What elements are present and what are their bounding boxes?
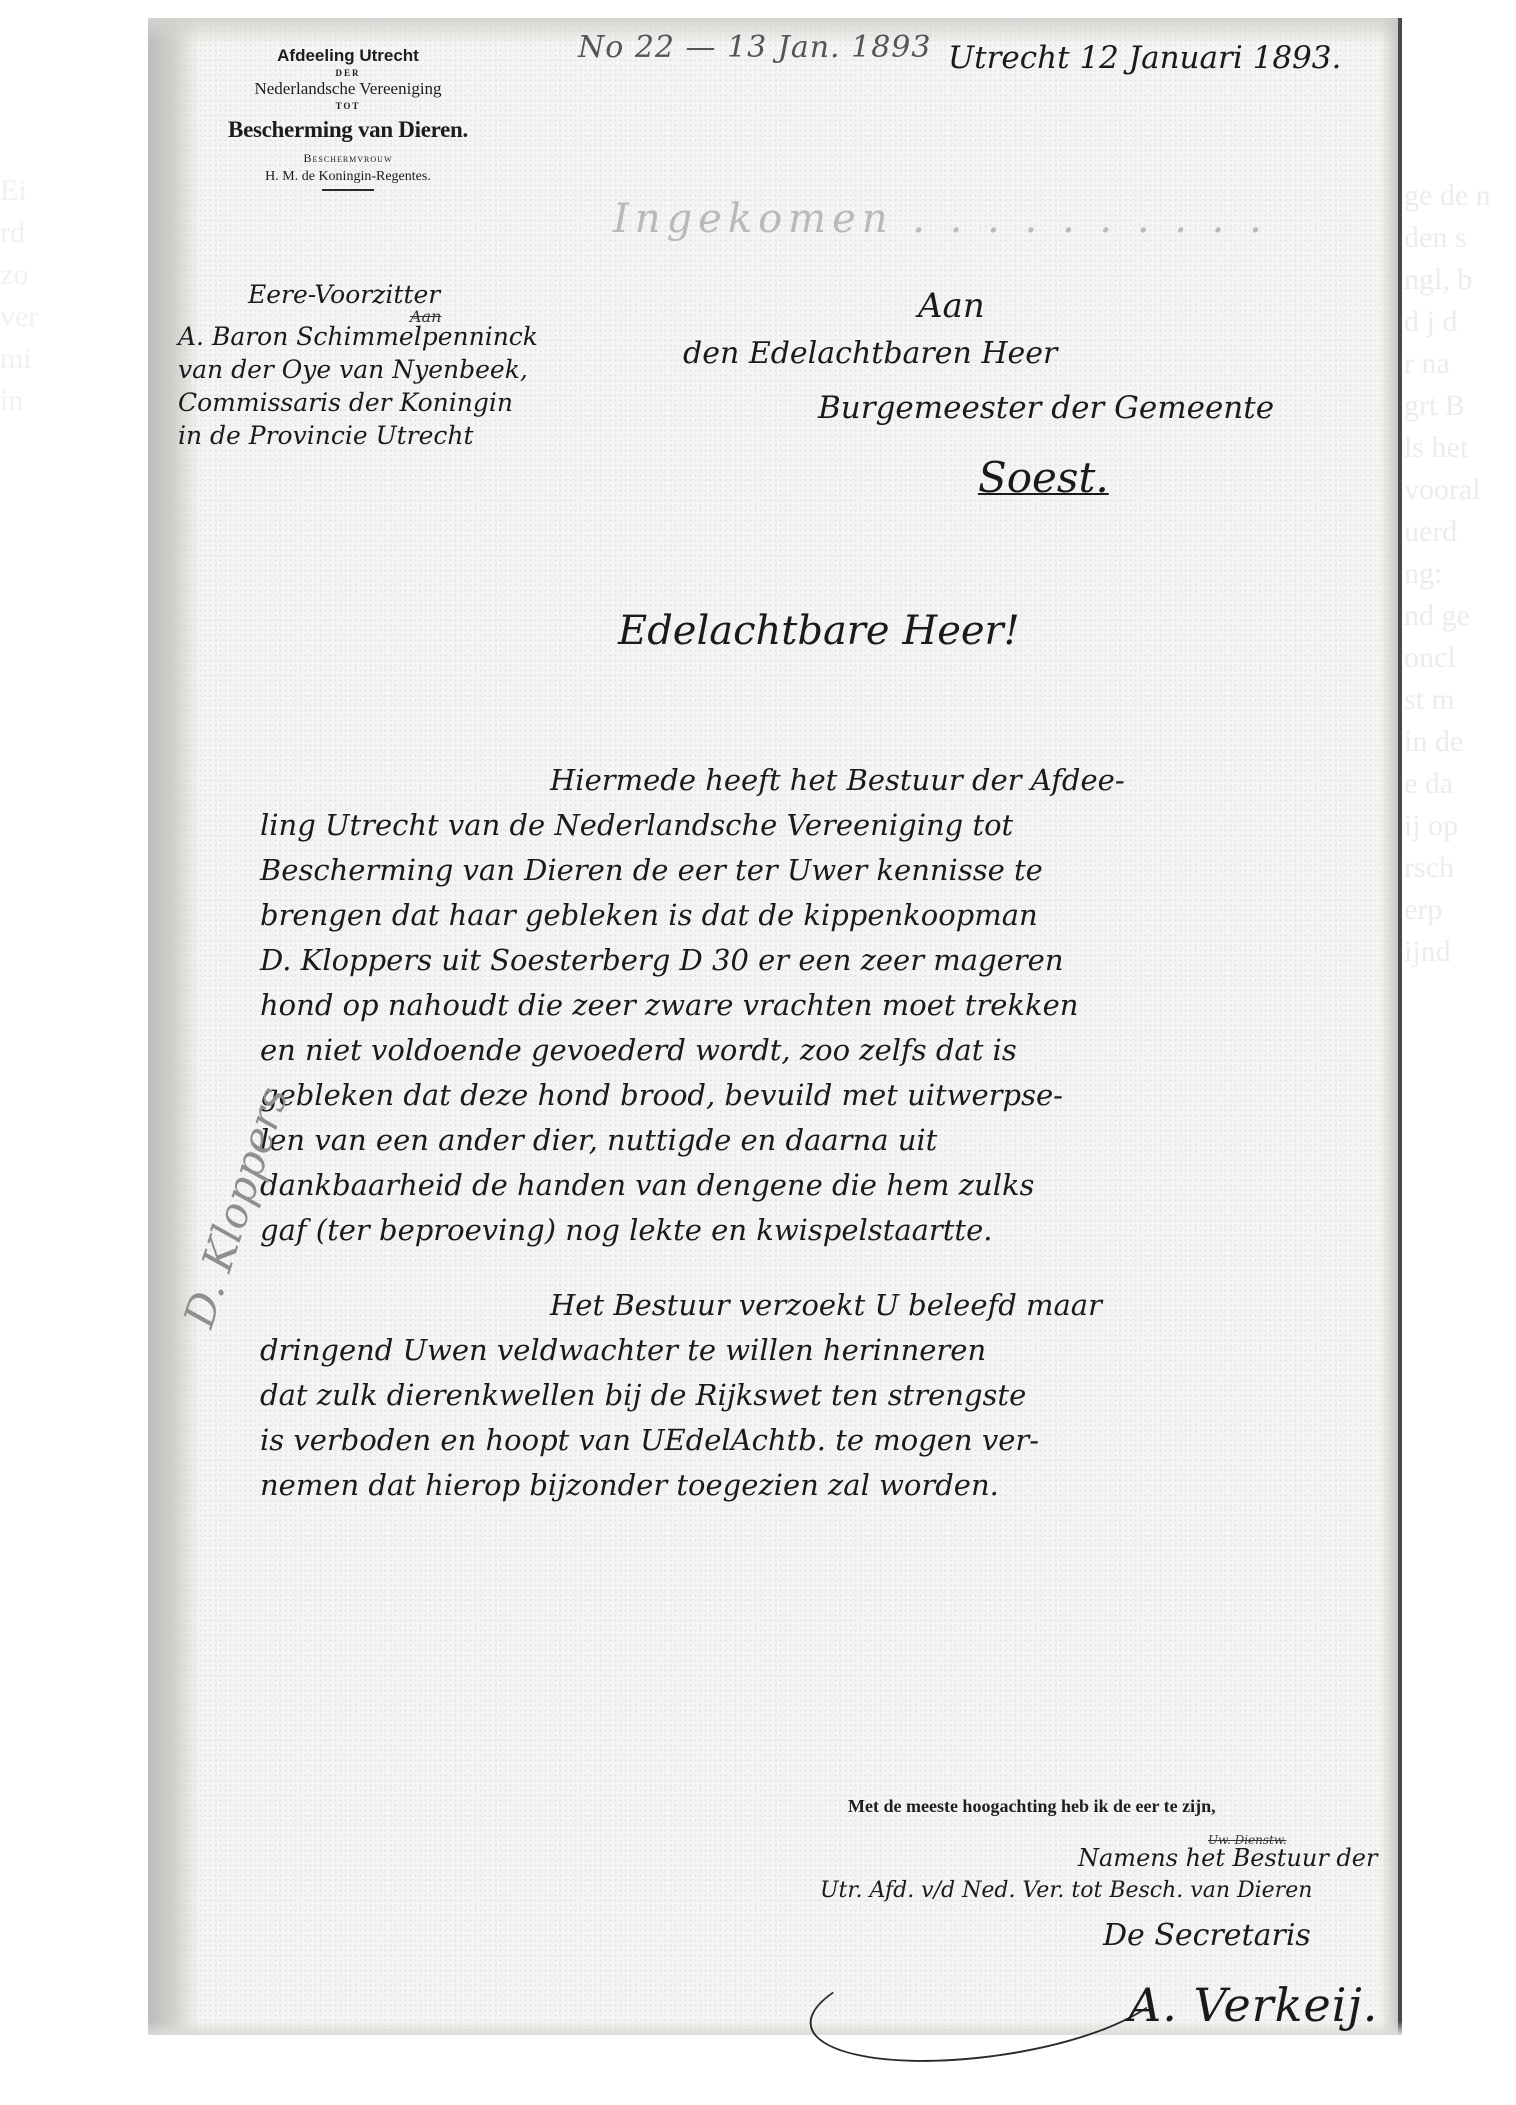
body-line: dat zulk dierenkwellen bij de Rijkswet t… — [260, 1373, 1410, 1418]
honorary-chair-line: van der Oye van Nyenbeek, — [178, 355, 618, 384]
body-line: dringend Uwen veldwachter te willen heri… — [260, 1328, 1410, 1373]
body-line: D. Kloppers uit Soesterberg D 30 er een … — [260, 938, 1410, 983]
bleed-through-text-right: ge de nden sngl, bd j dr nagrt Bls hetvo… — [1404, 175, 1516, 973]
letterhead-purpose: Bescherming van Dieren. — [188, 117, 508, 143]
body-line: Het Bestuur verzoekt U beleefd maar — [260, 1283, 1410, 1328]
body-line: hond op nahoudt die zeer zware vrachten … — [260, 983, 1410, 1028]
signature: A. Verkeij. — [1128, 1978, 1378, 2032]
honorary-chair-title: Eere-Voorzitter — [248, 280, 618, 309]
faint-received-stamp: Ingekomen . . . . . . . . . . — [613, 196, 1268, 242]
body-line: gebleken dat deze hond brood, bevuild me… — [260, 1073, 1410, 1118]
on-behalf-line: Namens het Bestuur der — [1078, 1844, 1377, 1872]
body-line: len van een ander dier, nuttigde en daar… — [260, 1118, 1410, 1163]
letterhead-patroness-label: Beschermvrouw — [188, 151, 508, 166]
honorary-chair-line: A. Baron Schimmelpenninck — [178, 322, 618, 351]
letterhead-der: DER — [188, 68, 508, 78]
body-line: is verboden en hoopt van UEdelAchtb. te … — [260, 1418, 1410, 1463]
honorary-chair-block: Eere-Voorzitter Aan A. Baron Schimmelpen… — [178, 280, 618, 450]
body-line: brengen dat haar gebleken is dat de kipp… — [260, 893, 1410, 938]
addressee-honorific: den Edelachtbaren Heer — [683, 336, 1057, 371]
body-line: Hiermede heeft het Bestuur der Afdee- — [260, 758, 1410, 803]
honorary-chair-line: in de Provincie Utrecht — [178, 421, 618, 450]
organisation-line: Utr. Afd. v/d Ned. Ver. tot Besch. van D… — [820, 1878, 1312, 1903]
body-line: nemen dat hierop bijzonder toegezien zal… — [260, 1463, 1410, 1508]
letterhead-patroness: H. M. de Koningin-Regentes. — [188, 169, 508, 185]
body-line: ling Utrecht van de Nederlandsche Vereen… — [260, 803, 1410, 848]
bleed-through-text-left: Eirdzovermiin — [0, 170, 148, 422]
body-line: en niet voldoende gevoederd wordt, zoo z… — [260, 1028, 1410, 1073]
letterhead: Afdeeling Utrecht DER Nederlandsche Vere… — [188, 42, 508, 191]
addressee-place: Soest. — [978, 453, 1109, 502]
body-line: dankbaarheid de handen van dengene die h… — [260, 1163, 1410, 1208]
addressee-title: Burgemeester der Gemeente — [818, 390, 1274, 426]
letter-body: Hiermede heeft het Bestuur der Afdee- li… — [260, 758, 1410, 1508]
addressee-aan: Aan — [918, 286, 985, 326]
body-line: Bescherming van Dieren de eer ter Uwer k… — [260, 848, 1410, 893]
letterhead-society: Nederlandsche Vereeniging — [188, 79, 508, 99]
place-and-date: Utrecht 12 Januari 1893. — [948, 40, 1341, 76]
letterhead-tot: TOT — [188, 101, 508, 111]
letterhead-rule — [322, 189, 374, 191]
letter-sheet: Afdeeling Utrecht DER Nederlandsche Vere… — [148, 18, 1402, 2035]
reference-number: No 22 — 13 Jan. 1893 — [578, 30, 931, 65]
letterhead-branch: Afdeeling Utrecht — [188, 46, 508, 66]
closing-formula: Met de meeste hoogachting heb ik de eer … — [848, 1796, 1216, 1817]
honorary-chair-line: Commissaris der Koningin — [178, 388, 618, 417]
body-line: gaf (ter beproeving) nog lekte en kwispe… — [260, 1208, 1410, 1253]
salutation: Edelachtbare Heer! — [618, 608, 1020, 654]
